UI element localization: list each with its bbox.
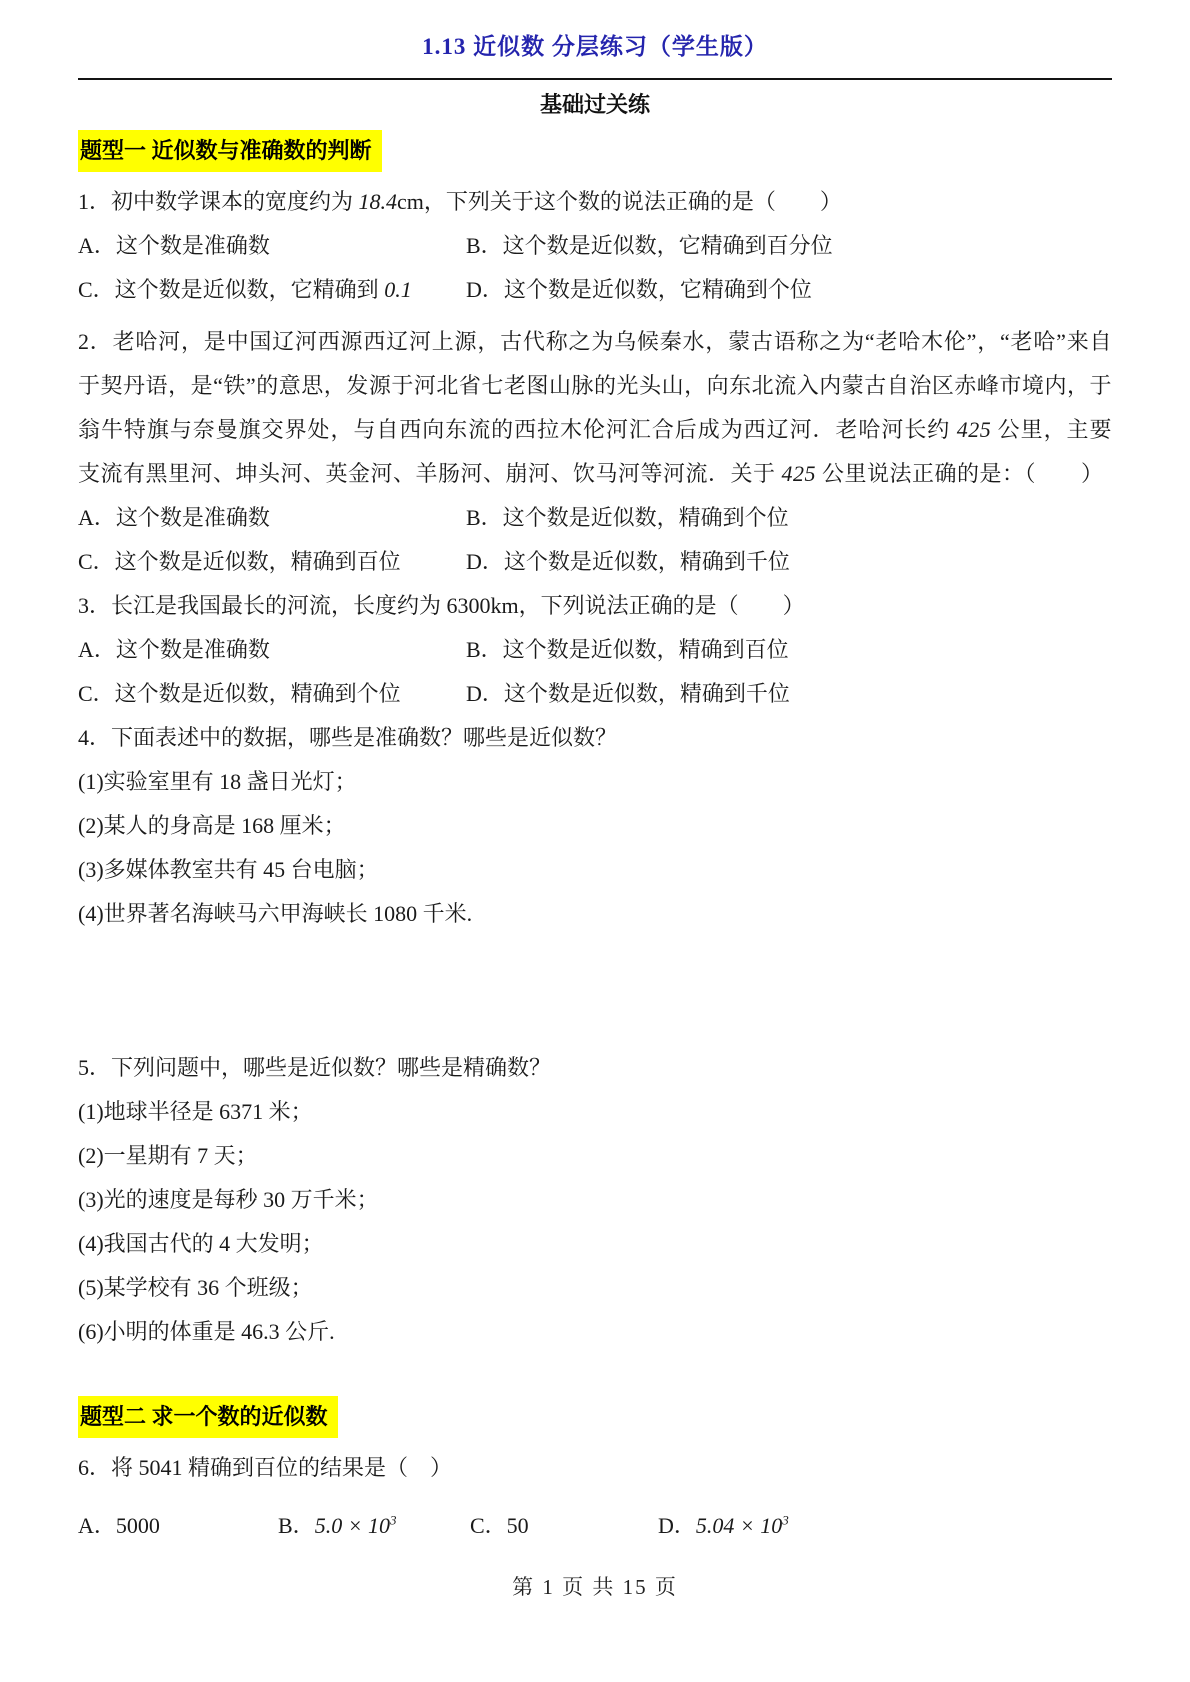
q5-item-3: (3)光的速度是每秒 30 万千米； [78, 1178, 1112, 1222]
q3-option-b: B．这个数是近似数，精确到百位 [466, 628, 1112, 672]
q1-stem-number: 18.4 [359, 189, 398, 214]
question-3: 3．长江是我国最长的河流，长度约为 6300km，下列说法正确的是（ ） A．这… [78, 584, 1112, 716]
question-2-options: A．这个数是准确数 B．这个数是近似数，精确到个位 C．这个数是近似数，精确到百… [78, 496, 1112, 584]
q1-option-a: A．这个数是准确数 [78, 224, 466, 268]
topic-2-row: 题型二 求一个数的近似数 [78, 1396, 1112, 1438]
question-1-stem: 1．初中数学课本的宽度约为 18.4cm，下列关于这个数的说法正确的是（ ） [78, 180, 1112, 224]
q6-option-d-label: D． [658, 1513, 696, 1538]
q4-item-1: (1)实验室里有 18 盏日光灯； [78, 760, 1112, 804]
q2-option-a: A．这个数是准确数 [78, 496, 466, 540]
q5-item-4: (4)我国古代的 4 大发明； [78, 1222, 1112, 1266]
question-5-stem: 5．下列问题中，哪些是近似数？哪些是精确数？ [78, 1046, 1112, 1090]
worksheet-page: 1.13 近似数 分层练习（学生版） 基础过关练 题型一 近似数与准确数的判断 … [78, 32, 1112, 1602]
q2-option-c: C．这个数是近似数，精确到百位 [78, 540, 466, 584]
q6-option-a: A．5000 [78, 1504, 278, 1548]
q1-option-d: D．这个数是近似数，它精确到个位 [466, 268, 1112, 312]
topic-1-heading: 题型一 近似数与准确数的判断 [78, 130, 382, 172]
question-4-items: (1)实验室里有 18 盏日光灯； (2)某人的身高是 168 厘米； (3)多… [78, 760, 1112, 936]
q6-option-d: D．5.04 × 103 [658, 1504, 1112, 1548]
q6-option-d-exponent: 3 [782, 1513, 789, 1528]
q3-option-a: A．这个数是准确数 [78, 628, 466, 672]
question-5: 5．下列问题中，哪些是近似数？哪些是精确数？ (1)地球半径是 6371 米； … [78, 1046, 1112, 1354]
q1-option-c-number: 0.1 [384, 277, 412, 302]
answer-blank-space [78, 936, 1112, 1046]
q3-option-c: C．这个数是近似数，精确到个位 [78, 672, 466, 716]
question-6: 6．将 5041 精确到百位的结果是（ ） A．5000 B．5.0 × 103… [78, 1446, 1112, 1548]
header-divider-line [78, 78, 1112, 80]
q3-option-d: D．这个数是近似数，精确到千位 [466, 672, 1112, 716]
question-1: 1．初中数学课本的宽度约为 18.4cm，下列关于这个数的说法正确的是（ ） A… [78, 180, 1112, 312]
question-4-stem: 4．下面表述中的数据，哪些是准确数？哪些是近似数？ [78, 716, 1112, 760]
section-heading: 基础过关练 [78, 90, 1112, 120]
question-1-options: A．这个数是准确数 B．这个数是近似数，它精确到百分位 C．这个数是近似数，它精… [78, 224, 1112, 312]
q1-stem-text: 1．初中数学课本的宽度约为 [78, 189, 359, 214]
q5-item-2: (2)一星期有 7 天； [78, 1134, 1112, 1178]
q1-option-c: C．这个数是近似数，它精确到 0.1 [78, 268, 466, 312]
document-title: 1.13 近似数 分层练习（学生版） [78, 32, 1112, 62]
q4-item-3: (3)多媒体教室共有 45 台电脑； [78, 848, 1112, 892]
q6-option-c: C．50 [470, 1504, 658, 1548]
question-3-stem: 3．长江是我国最长的河流，长度约为 6300km，下列说法正确的是（ ） [78, 584, 1112, 628]
q4-item-4: (4)世界著名海峡马六甲海峡长 1080 千米. [78, 892, 1112, 936]
q2-stem-text-3: 公里说法正确的是：（ ） [816, 461, 1104, 486]
q6-option-b-label: B． [278, 1513, 315, 1538]
q1-stem-text-2: cm，下列关于这个数的说法正确的是（ ） [397, 189, 842, 214]
topic-2-heading: 题型二 求一个数的近似数 [78, 1396, 338, 1438]
q5-item-5: (5)某学校有 36 个班级； [78, 1266, 1112, 1310]
q2-option-b: B．这个数是近似数，精确到个位 [466, 496, 1112, 540]
q2-option-d: D．这个数是近似数，精确到千位 [466, 540, 1112, 584]
question-2-stem: 2．老哈河，是中国辽河西源西辽河上源，古代称之为乌候秦水，蒙古语称之为“老哈木伦… [78, 320, 1112, 496]
q2-stem-number-2: 425 [782, 461, 817, 486]
page-number-footer: 第 1 页 共 15 页 [78, 1572, 1112, 1602]
question-5-items: (1)地球半径是 6371 米； (2)一星期有 7 天； (3)光的速度是每秒… [78, 1090, 1112, 1354]
question-6-stem: 6．将 5041 精确到百位的结果是（ ） [78, 1446, 1112, 1490]
q6-option-d-value: 5.04 × 10 [696, 1513, 782, 1538]
q6-option-b-exponent: 3 [390, 1513, 397, 1528]
question-2: 2．老哈河，是中国辽河西源西辽河上源，古代称之为乌候秦水，蒙古语称之为“老哈木伦… [78, 320, 1112, 584]
topic-1-row: 题型一 近似数与准确数的判断 [78, 130, 1112, 172]
q5-item-1: (1)地球半径是 6371 米； [78, 1090, 1112, 1134]
q5-item-6: (6)小明的体重是 46.3 公斤. [78, 1310, 1112, 1354]
q6-option-b: B．5.0 × 103 [278, 1504, 470, 1548]
question-3-options: A．这个数是准确数 B．这个数是近似数，精确到百位 C．这个数是近似数，精确到个… [78, 628, 1112, 716]
question-6-options: A．5000 B．5.0 × 103 C．50 D．5.04 × 103 [78, 1504, 1112, 1548]
question-4: 4．下面表述中的数据，哪些是准确数？哪些是近似数？ (1)实验室里有 18 盏日… [78, 716, 1112, 936]
q4-item-2: (2)某人的身高是 168 厘米； [78, 804, 1112, 848]
q1-option-b: B．这个数是近似数，它精确到百分位 [466, 224, 1112, 268]
q2-stem-number-1: 425 [957, 417, 992, 442]
q6-option-b-value: 5.0 × 10 [315, 1513, 390, 1538]
q1-option-c-text: C．这个数是近似数，它精确到 [78, 277, 384, 302]
